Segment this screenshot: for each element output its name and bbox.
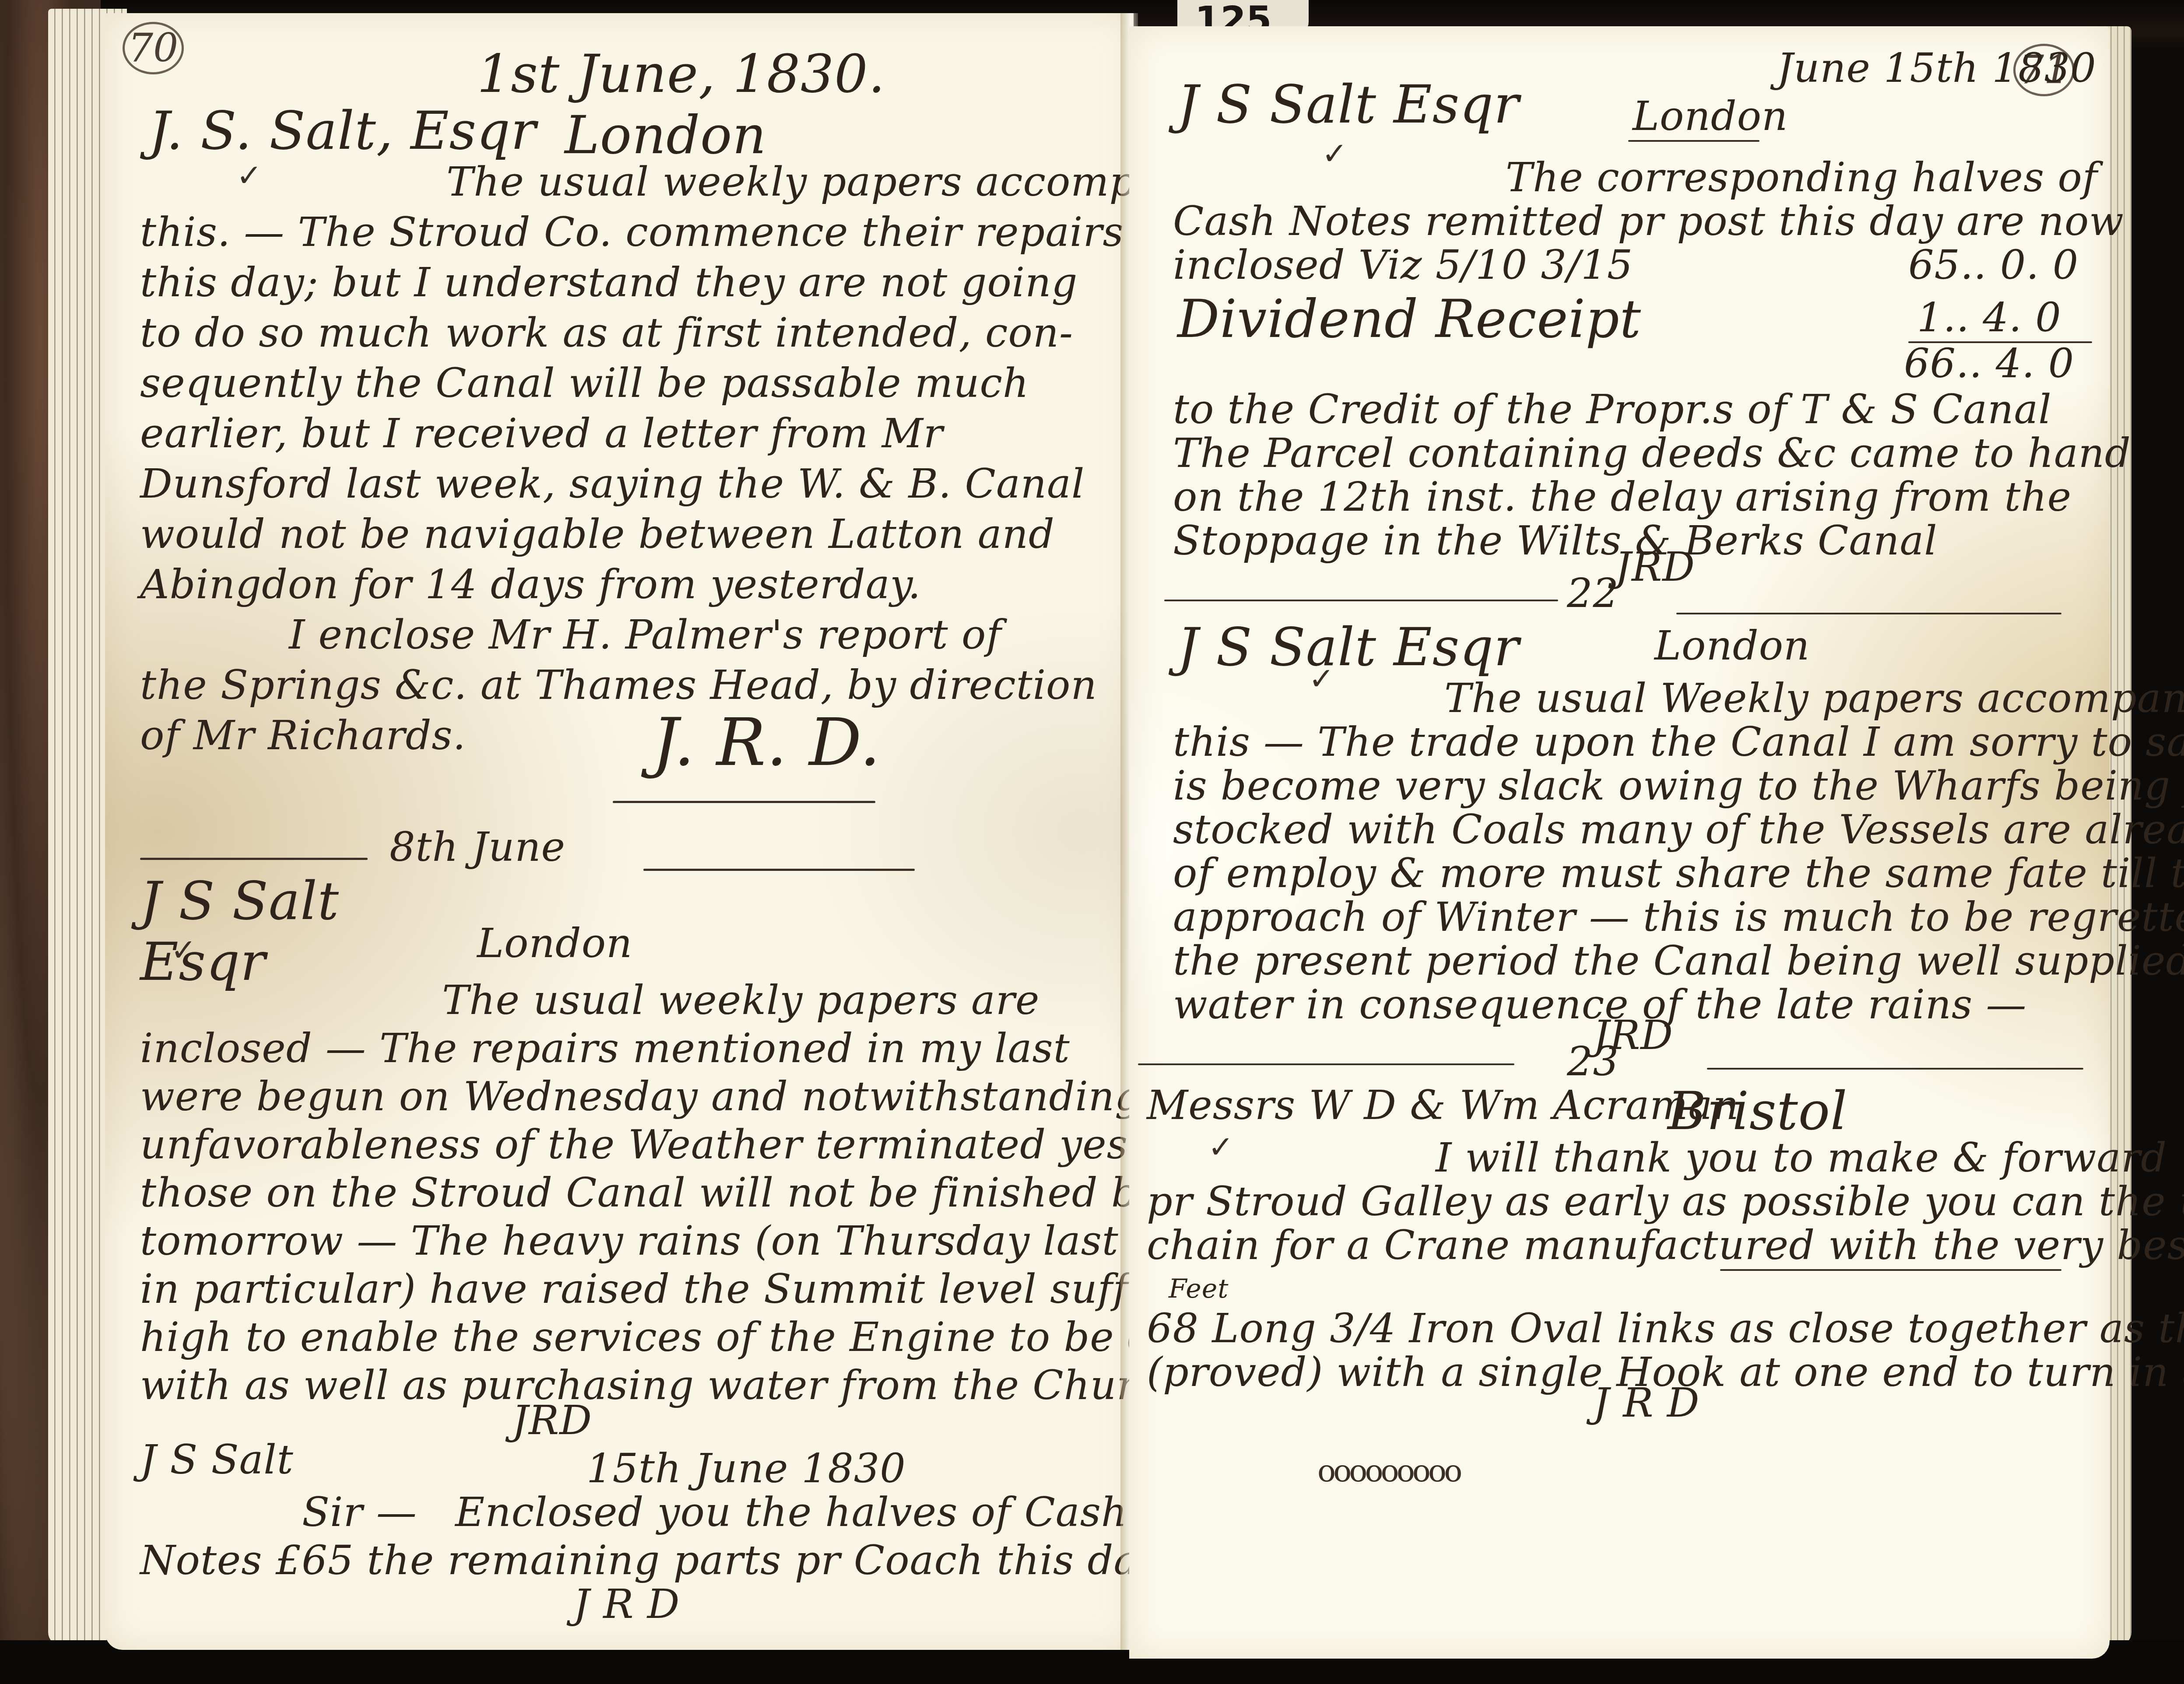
separator-rule	[1164, 600, 1558, 601]
separator-rule	[1707, 1068, 2083, 1070]
entry-line: those on the Stroud Canal will not be fi…	[140, 1173, 1246, 1213]
entry-place: London	[1633, 96, 1788, 137]
signature-flourish	[613, 801, 875, 803]
entry-line: The corresponding halves of	[1506, 158, 2098, 198]
entry-line: of Mr Richards.	[140, 716, 466, 756]
entry-line: approach of Winter — this is much to be …	[1173, 897, 2184, 937]
underline	[1720, 1269, 2061, 1271]
ledger-item: inclosed Viz 5/10 3/15	[1173, 245, 1633, 285]
entry-addressee: J S Salt Esqr	[1177, 617, 1519, 678]
separator-rule	[1676, 613, 2061, 614]
entry-line: of employ & more must share the same fat…	[1173, 853, 2184, 894]
entry-place: London	[565, 105, 767, 166]
signature: JRD	[1615, 547, 1695, 587]
entry-place: London	[477, 923, 632, 964]
entry-line: Abingdon for 14 days from yesterday.	[140, 565, 921, 605]
entry-line: The usual weekly papers are	[442, 980, 1039, 1021]
entry-line: I enclose Mr H. Palmer's report of	[289, 615, 1001, 655]
entry-line: with as well as purchasing water from th…	[140, 1365, 1163, 1406]
entry-date: 22	[1567, 573, 1619, 614]
entry-line: earlier, but I received a letter from Mr	[140, 414, 943, 454]
right-page: 71 June 15th 1830 J S Salt Esqr London ✓…	[1129, 26, 2110, 1659]
entry-line: The usual weekly papers accompy	[446, 162, 1159, 202]
entry-line: Dunsford last week, saying the W. & B. C…	[140, 464, 1085, 504]
separator-rule	[643, 869, 915, 871]
entry-line: tomorrow — The heavy rains (on Thursday …	[140, 1221, 1119, 1261]
entry-line: Enclosed you the halves of Cash	[455, 1492, 1127, 1533]
entry-line: the Springs &c. at Thames Head, by direc…	[140, 665, 1097, 705]
entry-line: were begun on Wednesday and notwithstand…	[140, 1077, 1222, 1117]
entry-line: Cash Notes remitted pr post this day are…	[1173, 201, 2124, 242]
entry-line: Notes £65 the remaining parts pr Coach t…	[140, 1540, 1161, 1581]
margin-note: Feet	[1169, 1274, 1229, 1304]
entry-line: The Parcel containing deeds &c came to h…	[1173, 433, 2131, 474]
entry-addressee: J S Salt	[140, 1440, 294, 1480]
entry-line: the present period the Canal being well …	[1173, 941, 2184, 981]
separator-rule	[1138, 1063, 1514, 1065]
entry-line: in particular) have raised the Summit le…	[140, 1269, 1282, 1309]
entry-date: June 15th 1830	[1777, 48, 2096, 88]
place-underline	[1628, 140, 1759, 142]
entry-salutation: Sir —	[302, 1492, 417, 1533]
signature: J R D	[1593, 1383, 1699, 1423]
entry-line: chain for a Crane manufactured with the …	[1147, 1225, 2184, 1266]
entry-line: on the 12th inst. the delay arising from…	[1173, 477, 2072, 517]
entry-date: 1st June, 1830.	[477, 44, 885, 105]
entry-line: Stoppage in the Wilts & Berks Canal	[1173, 521, 1938, 561]
signature: JRD	[512, 1400, 592, 1441]
entry-line: is become very slack owing to the Wharfs…	[1173, 766, 2184, 806]
entry-line: inclosed — The repairs mentioned in my l…	[140, 1028, 1070, 1069]
entry-line: would not be navigable between Latton an…	[140, 514, 1055, 554]
check-mark-icon: ✓	[1322, 136, 1348, 172]
entry-addressee: Messrs W D & Wm Acraman	[1147, 1085, 1739, 1126]
left-page: 70 1st June, 1830. J. S. Salt, Esqr Lond…	[105, 13, 1134, 1650]
entry-line: this day; but I understand they are not …	[140, 263, 1078, 303]
signature: J. R. D.	[652, 705, 881, 781]
check-mark-icon: ✓	[236, 158, 262, 193]
entry-addressee: J. S. Salt, Esqr	[149, 101, 536, 161]
entry-line: pr Stroud Galley as early as possible yo…	[1147, 1182, 2184, 1222]
ledger-amount: 1.. 4. 0	[1917, 298, 2061, 338]
page-number-left: 70	[123, 22, 184, 74]
ledger-amount: 65.. 0. 0	[1908, 245, 2079, 285]
entry-line: The usual Weekly papers accompany	[1444, 678, 2184, 719]
entry-line: I will thank you to make & forward	[1436, 1138, 2167, 1178]
separator-rule	[140, 858, 368, 860]
entry-line: sequently the Canal will be passable muc…	[140, 363, 1029, 403]
entry-line: unfavorableness of the Weather terminate…	[140, 1125, 1262, 1165]
entry-line: to the Credit of the Propr.s of T & S Ca…	[1173, 389, 2052, 430]
entry-date: 23	[1567, 1042, 1619, 1082]
check-mark-icon: ✓	[171, 932, 197, 968]
entry-line: this — The trade upon the Canal I am sor…	[1173, 722, 2184, 762]
entry-date: 15th June 1830	[586, 1449, 906, 1489]
check-mark-icon: ✓	[1309, 661, 1334, 697]
entry-line: to do so much work as at first intended,…	[140, 313, 1073, 353]
ledger-item: Dividend Receipt	[1177, 289, 1641, 350]
ledger-total: 66.. 4. 0	[1904, 344, 2074, 384]
entry-place: London	[1654, 626, 1810, 666]
entry-addressee: J S Salt Esqr	[140, 871, 446, 993]
signature: J R D	[573, 1584, 680, 1624]
entry-date: 8th June	[390, 827, 565, 867]
chain-sketch-icon: ooooooooo	[1317, 1453, 1460, 1489]
entry-addressee: J S Salt Esqr	[1177, 74, 1519, 135]
entry-line: 68 Long 3/4 Iron Oval links as close tog…	[1147, 1309, 2184, 1349]
entry-place: Bristol	[1668, 1081, 1847, 1142]
entry-line: stocked with Coals many of the Vessels a…	[1173, 810, 2184, 850]
check-mark-icon: ✓	[1208, 1129, 1234, 1165]
entry-line: this. — The Stroud Co. commence their re…	[140, 212, 1124, 253]
